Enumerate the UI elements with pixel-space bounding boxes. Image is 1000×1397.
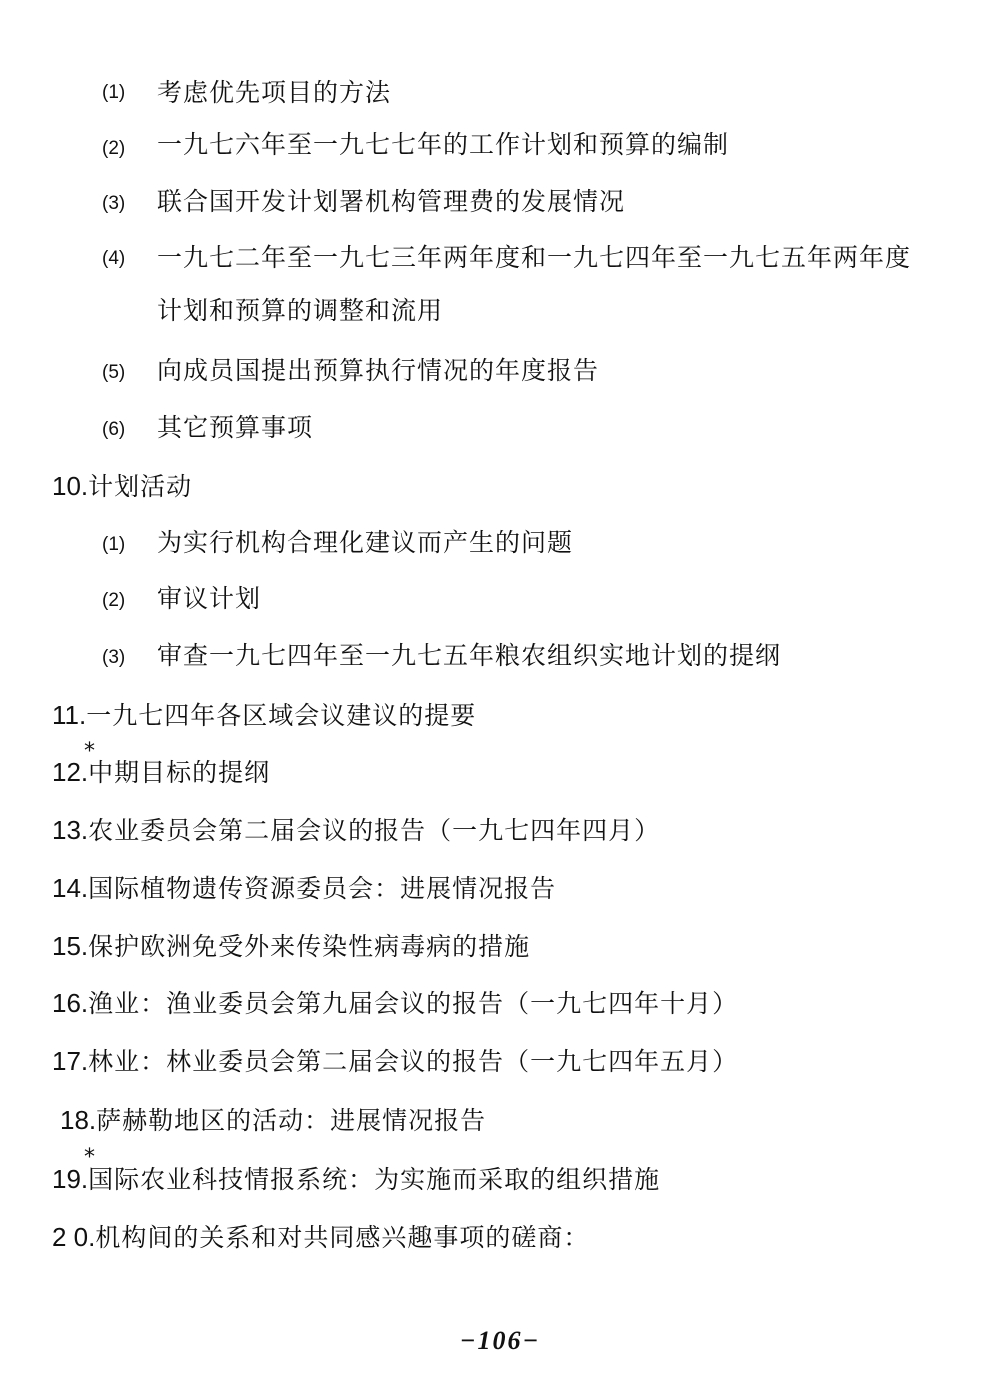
item-number: 11.	[52, 700, 86, 730]
subitem-text: 其它预算事项	[157, 413, 313, 443]
page-number: −106−	[0, 1326, 1000, 1356]
agenda-item-11: 11.一九七四年各区域会议建议的提要	[52, 700, 476, 731]
agenda-item-20: 2 0.机构间的关系和对共同感兴趣事项的磋商：	[52, 1222, 589, 1253]
subitem-text: 审议计划	[157, 584, 261, 614]
item-text: 国际农业科技情报系统：为实施而采取的组织措施	[88, 1165, 660, 1194]
item-number: 12.	[52, 757, 88, 787]
document-page: (1) 考虑优先项目的方法 (2) 一九七六年至一九七七年的工作计划和预算的编制…	[0, 0, 1000, 1397]
agenda-item-15: 15.保护欧洲免受外来传染性病毒病的措施	[52, 931, 530, 962]
item-number: 14.	[52, 873, 88, 903]
subitem-text: 联合国开发计划署机构管理费的发展情况	[157, 187, 625, 217]
subitem-number: (2)	[102, 586, 125, 616]
item-number: 13.	[52, 815, 88, 845]
subitem-text: 一九七六年至一九七七年的工作计划和预算的编制	[157, 130, 729, 160]
item-number: 16.	[52, 988, 88, 1018]
item-text: 渔业：渔业委员会第九届会议的报告（一九七四年十月）	[88, 989, 738, 1018]
agenda-item-17: 17.林业：林业委员会第二届会议的报告（一九七四年五月）	[52, 1046, 738, 1077]
subitem-text: 向成员国提出预算执行情况的年度报告	[157, 356, 599, 386]
subitem-text: 为实行机构合理化建议而产生的问题	[157, 528, 573, 558]
subitem-number: (3)	[102, 643, 125, 673]
agenda-item-18: 18.萨赫勒地区的活动：进展情况报告	[60, 1105, 486, 1136]
subitem-number: (1)	[102, 530, 125, 560]
subitem-text: 考虑优先项目的方法	[157, 78, 391, 108]
agenda-item-19: 19.国际农业科技情报系统：为实施而采取的组织措施	[52, 1164, 660, 1195]
item-number: 17.	[52, 1046, 88, 1076]
subitem-number: (1)	[102, 78, 125, 108]
item-text: 保护欧洲免受外来传染性病毒病的措施	[88, 932, 530, 961]
item-text: 国际植物遗传资源委员会：进展情况报告	[88, 874, 556, 903]
agenda-item-16: 16.渔业：渔业委员会第九届会议的报告（一九七四年十月）	[52, 988, 738, 1019]
item-text: 机构间的关系和对共同感兴趣事项的磋商：	[95, 1223, 589, 1252]
agenda-item-14: 14.国际植物遗传资源委员会：进展情况报告	[52, 873, 556, 904]
item-number: 15.	[52, 931, 88, 961]
item-text: 萨赫勒地区的活动：进展情况报告	[96, 1106, 486, 1135]
item-number: 18.	[60, 1105, 96, 1135]
item-number: 19.	[52, 1164, 88, 1194]
agenda-item-10: 10.计划活动	[52, 471, 192, 502]
subitem-number: (5)	[102, 358, 125, 388]
subitem-number: (3)	[102, 189, 125, 219]
item-text: 农业委员会第二届会议的报告（一九七四年四月）	[88, 816, 660, 845]
item-text: 林业：林业委员会第二届会议的报告（一九七四年五月）	[88, 1047, 738, 1076]
subitem-continuation: 计划和预算的调整和流用	[157, 296, 443, 326]
subitem-text: 一九七二年至一九七三年两年度和一九七四年至一九七五年两年度	[157, 243, 911, 273]
item-text: 计划活动	[88, 472, 192, 501]
subitem-number: (2)	[102, 134, 125, 164]
subitem-number: (4)	[102, 244, 125, 274]
item-number: 2 0.	[52, 1222, 95, 1252]
item-number: 10.	[52, 471, 88, 501]
agenda-item-13: 13.农业委员会第二届会议的报告（一九七四年四月）	[52, 815, 660, 846]
agenda-item-12: 12.中期目标的提纲	[52, 757, 270, 788]
item-text: 中期目标的提纲	[88, 758, 270, 787]
subitem-text: 审查一九七四年至一九七五年粮农组织实地计划的提纲	[157, 641, 781, 671]
item-text: 一九七四年各区域会议建议的提要	[86, 701, 476, 730]
subitem-number: (6)	[102, 415, 125, 445]
